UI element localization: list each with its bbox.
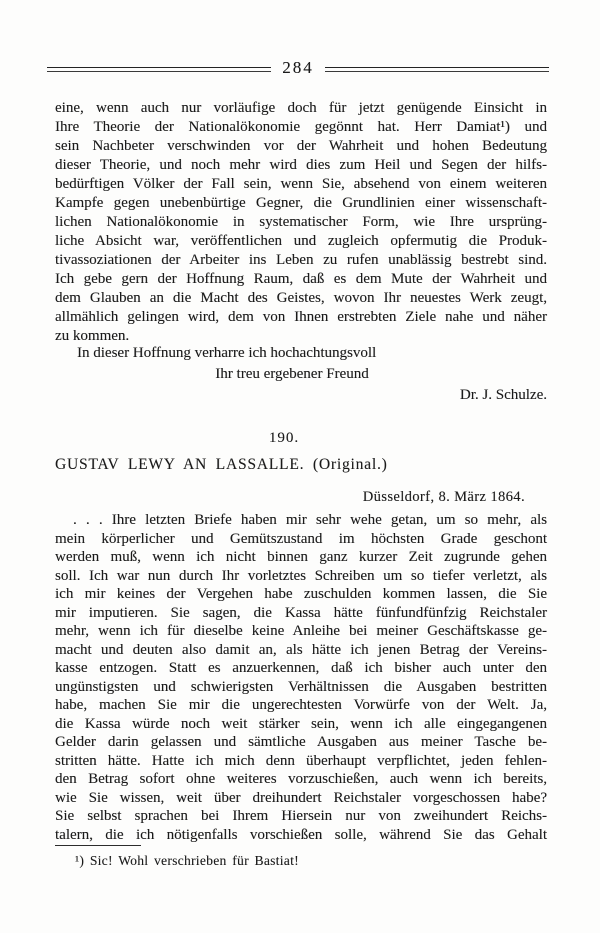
- header-rule-left: [47, 67, 271, 72]
- page-number: 284: [282, 59, 314, 76]
- letter-body: . . . Ihre letzten Briefe haben mir sehr…: [55, 511, 547, 844]
- text-line: macht und deuten also damit an, als hätt…: [55, 641, 547, 660]
- footnote-rule: [55, 845, 141, 846]
- header-rule-right: [325, 67, 549, 72]
- text-line: dem Glauben an die Macht des Geistes, wo…: [55, 289, 547, 308]
- text-line: soll. Ich war nun durch Ihr vorletztes S…: [55, 567, 547, 586]
- text-line: mir imputieren. Sie sagen, die Kassa hät…: [55, 604, 547, 623]
- dateline: Düsseldorf, 8. März 1864.: [55, 488, 547, 507]
- page-header: 284: [47, 61, 549, 78]
- text-line: die Kassa würde noch weit stärker sein, …: [55, 715, 547, 734]
- text-line: mehr, wenn ich für dieselbe keine Anleih…: [55, 622, 547, 641]
- footnote-text: ¹) Sic! Wohl verschrieben für Bastiat!: [55, 852, 547, 869]
- text-block: eine, wenn auch nur vorläufige doch für …: [55, 99, 547, 869]
- text-line: liche Absicht war, veröffentlichen und z…: [55, 232, 547, 251]
- letter-end-schulze: eine, wenn auch nur vorläufige doch für …: [55, 99, 547, 405]
- text-line: allmählich gelingen wird, dem von Ihnen …: [55, 308, 547, 327]
- text-line: ungünstigsten und schwierigsten Verhältn…: [55, 678, 547, 697]
- signature: Dr. J. Schulze.: [55, 386, 547, 405]
- text-line: Gelder darin gelassen und sämtliche Ausg…: [55, 733, 547, 752]
- text-line: habe, machen Sie mir die ungerechtesten …: [55, 696, 547, 715]
- text-line: sein Nachbeter verschwinden vor der Wahr…: [55, 137, 547, 156]
- text-line: Ich gebe gern der Hoffnung Raum, daß es …: [55, 270, 547, 289]
- text-line: dieser Theorie, und noch mehr wird dies …: [55, 156, 547, 175]
- section-number: 190.: [38, 429, 530, 448]
- valediction: Ihr treu ergebener Freund: [46, 365, 538, 384]
- text-line: lichen Nationalökonomie in systematische…: [55, 213, 547, 232]
- text-line: kasse entzogen. Statt es anzuerkennen, d…: [55, 659, 547, 678]
- text-line: tivassoziationen der Arbeiter ins Leben …: [55, 251, 547, 270]
- letter-body-continuation: eine, wenn auch nur vorläufige doch für …: [55, 99, 547, 346]
- footnote-area: ¹) Sic! Wohl verschrieben für Bastiat!: [55, 845, 547, 869]
- text-line: Sie selbst sprachen bei Ihrem Hiersein n…: [55, 807, 547, 826]
- text-line: bedürftigen Völker der Fall sein, wenn S…: [55, 175, 547, 194]
- text-line: Ihre Theorie der Nationalökonomie gegönn…: [55, 118, 547, 137]
- text-line: den Betrag sofort ohne weiteres vorzusch…: [55, 770, 547, 789]
- closing-line: In dieser Hoffnung verharre ich hochacht…: [55, 344, 547, 363]
- text-line: wie Sie wissen, weit über dreihundert Re…: [55, 789, 547, 808]
- text-line: Kampfe gegen unebenbürtige Gegner, die G…: [55, 194, 547, 213]
- text-line: . . . Ihre letzten Briefe haben mir sehr…: [55, 511, 547, 530]
- text-line: mein körperlicher und Gemütszustand im h…: [55, 530, 547, 549]
- letter-heading: GUSTAV LEWY AN LASSALLE. (Original.): [55, 455, 547, 475]
- text-line: werden muß, wenn ich nicht binnen ganz k…: [55, 548, 547, 567]
- letter-190-lewy: 190. GUSTAV LEWY AN LASSALLE. (Original.…: [55, 429, 547, 844]
- text-line: stritten hätte. Hatte ich mich denn über…: [55, 752, 547, 771]
- text-line: eine, wenn auch nur vorläufige doch für …: [55, 99, 547, 118]
- text-line: ich mir keines der Vergehen habe zuschul…: [55, 585, 547, 604]
- book-page: 284 eine, wenn auch nur vorläufige doch …: [0, 0, 600, 933]
- text-line: talern, die ich nötigenfalls vorschießen…: [55, 826, 547, 845]
